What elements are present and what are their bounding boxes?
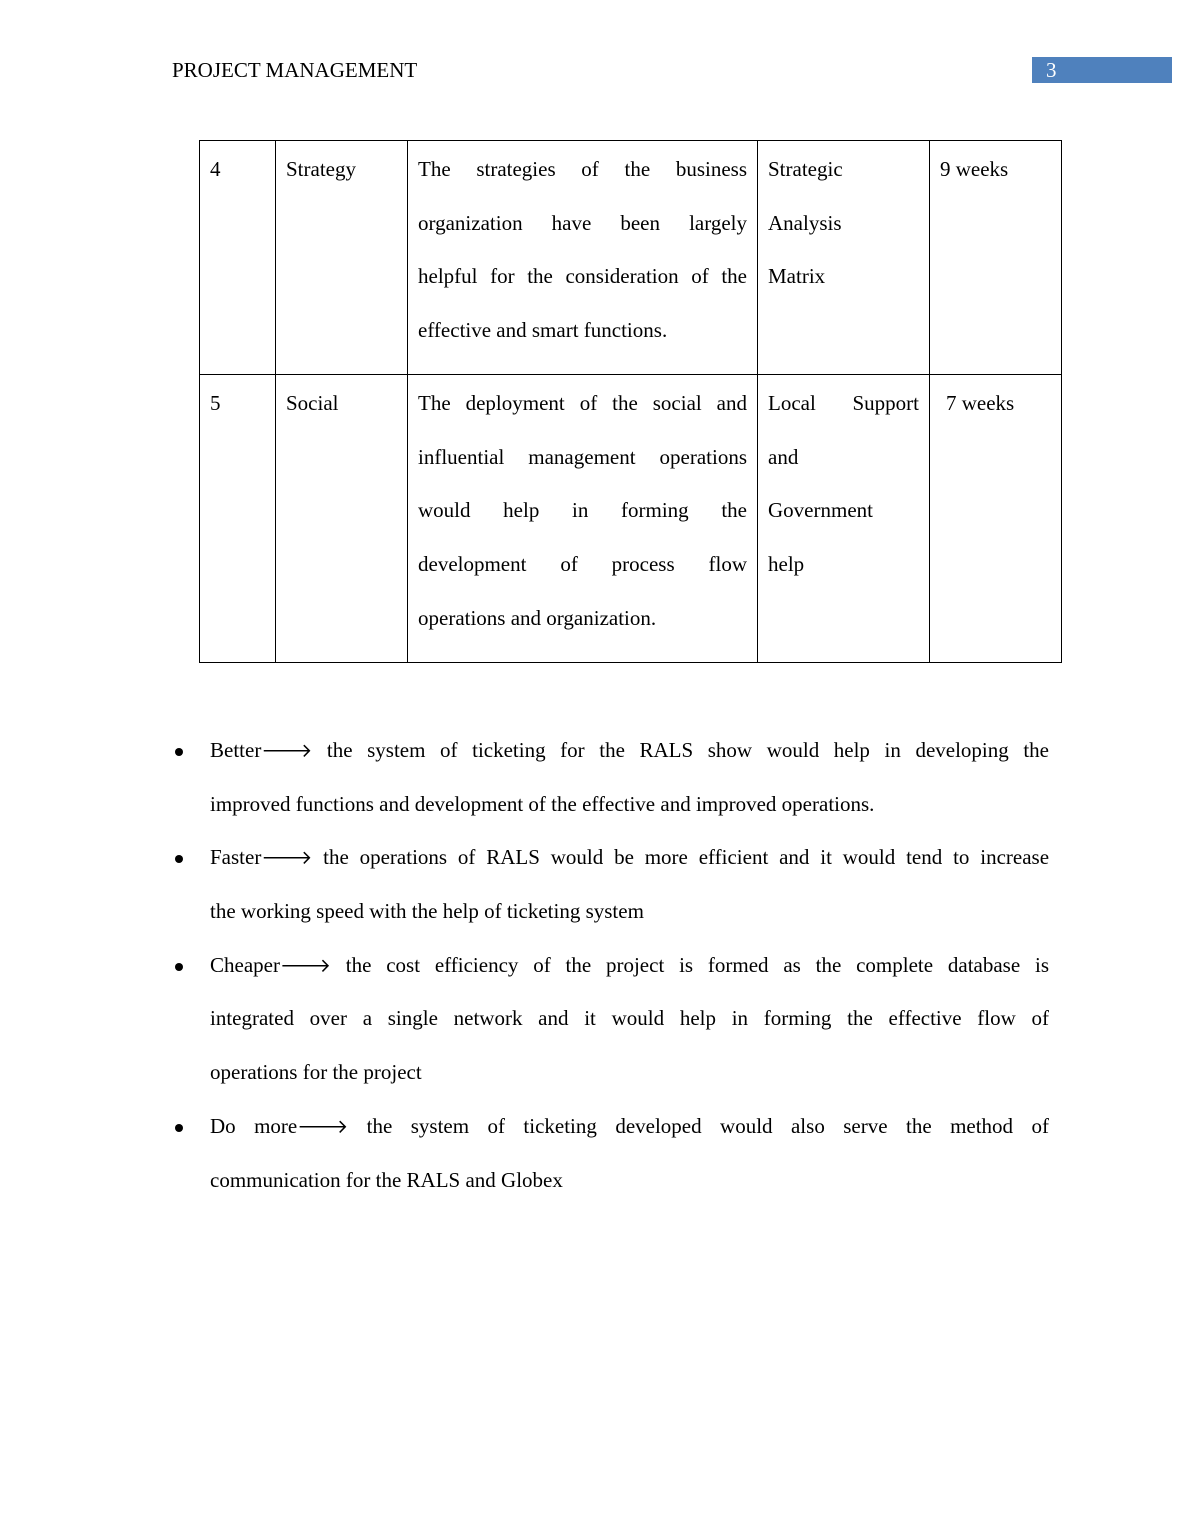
bullet-label: Do more [210,1114,297,1138]
list-item: Faster🡒 the operations of RALS would be … [172,831,1049,938]
table-row: 5 Social The deployment of the social an… [200,375,1062,663]
arrow-right-icon: 🡒 [297,1116,348,1138]
description-line: effective and smart functions. [418,304,747,358]
category-cell: Strategy [276,141,408,375]
duration-cell: 9 weeks [930,141,1062,375]
tool-line: Strategic [768,143,919,197]
bullet-line: Better🡒 the system of ticketing for the … [210,724,1049,778]
bullet-line: the working speed with the help of ticke… [210,885,1049,939]
bullet-label: Better [210,738,261,762]
tool-cell: Strategic Analysis Matrix [758,141,930,375]
arrow-right-icon: 🡒 [280,955,331,977]
bullet-line: Cheaper🡒 the cost efficiency of the proj… [210,939,1049,993]
description-line: operations and organization. [418,592,747,646]
bullet-line: Do more🡒 the system of ticketing develop… [210,1100,1049,1154]
list-item: Better🡒 the system of ticketing for the … [172,724,1049,831]
description-line: The strategies of the business [418,143,747,197]
bullet-text: the system of ticketing for the RALS sho… [327,738,1049,762]
bullet-icon [175,748,183,756]
description-line: would help in forming the [418,484,747,538]
tool-cell: Local Support and Government help [758,375,930,663]
bullet-line: Faster🡒 the operations of RALS would be … [210,831,1049,885]
description-line: helpful for the consideration of the [418,250,747,304]
bullet-label: Faster [210,845,261,869]
bullet-line: communication for the RALS and Globex [210,1154,1049,1208]
arrow-right-icon: 🡒 [261,847,312,869]
page-number: 3 [1046,58,1057,82]
bullet-text: the cost efficiency of the project is fo… [346,953,1049,977]
list-item: Cheaper🡒 the cost efficiency of the proj… [172,939,1049,1100]
description-line: development of process flow [418,538,747,592]
description-cell: The deployment of the social and influen… [408,375,758,663]
tool-line: Local Support [768,377,919,431]
bullet-icon [175,963,183,971]
bullet-text: the operations of RALS would be more eff… [323,845,1049,869]
tool-line: and [768,431,919,485]
tool-line: Government [768,484,919,538]
tool-line: Analysis [768,197,919,251]
page-number-badge: 3 [1032,57,1172,83]
description-cell: The strategies of the business organizat… [408,141,758,375]
description-line: The deployment of the social and [418,377,747,431]
bullet-line: integrated over a single network and it … [210,992,1049,1046]
list-item: Do more🡒 the system of ticketing develop… [172,1100,1049,1207]
tool-line: help [768,538,919,592]
tool-line: Matrix [768,250,919,304]
description-line: organization have been largely [418,197,747,251]
table-row: 4 Strategy The strategies of the busines… [200,141,1062,375]
bullet-line: operations for the project [210,1046,1049,1100]
category-cell: Social [276,375,408,663]
duration-cell: 7 weeks [930,375,1062,663]
bullet-icon [175,1124,183,1132]
running-header-title: PROJECT MANAGEMENT [172,58,417,82]
row-number-cell: 5 [200,375,276,663]
arrow-right-icon: 🡒 [261,740,312,762]
row-number-cell: 4 [200,141,276,375]
duration-text: 7 weeks [940,391,1014,415]
bullet-text: the system of ticketing developed would … [367,1114,1049,1138]
bullet-icon [175,855,183,863]
description-line: influential management operations [418,431,747,485]
project-plan-table: 4 Strategy The strategies of the busines… [199,140,1062,663]
benefits-list: Better🡒 the system of ticketing for the … [172,724,1049,1207]
bullet-label: Cheaper [210,953,280,977]
bullet-line: improved functions and development of th… [210,778,1049,832]
